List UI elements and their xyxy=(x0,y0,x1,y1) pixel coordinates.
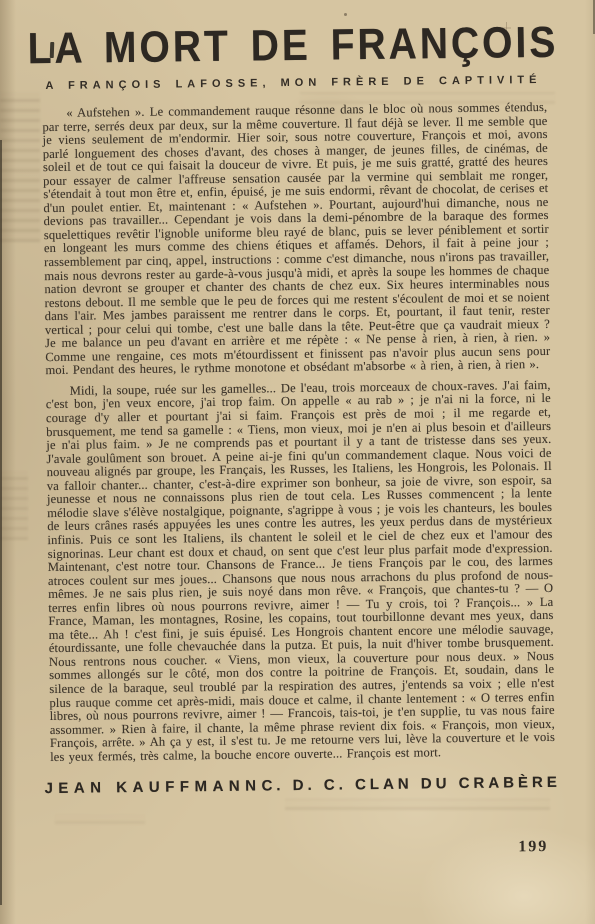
byline: JEAN KAUFFMANN C. D. C. CLAN DU CRABÈRE xyxy=(44,774,559,797)
scanned-magazine-page: LA MORT DE FRANÇOIS A FRANÇOIS LAFOSSE, … xyxy=(0,0,595,924)
paragraph-2: Midi, la soupe, ruée sur les gamelles...… xyxy=(46,379,556,764)
paragraph-1: « Aufstehen ». Le commandement rauque ré… xyxy=(42,101,550,378)
author-name: JEAN KAUFFMANN xyxy=(44,778,261,798)
page-title: LA MORT DE FRANÇOIS xyxy=(1,19,585,73)
article-body: « Aufstehen ». Le commandement rauque ré… xyxy=(42,101,555,764)
page-number: 199 xyxy=(518,838,548,856)
page-content: LA MORT DE FRANÇOIS A FRANÇOIS LAFOSSE, … xyxy=(0,0,595,924)
scout-clan-name: C. D. C. CLAN DU CRABÈRE xyxy=(261,774,561,795)
dedication-line: A FRANÇOIS LAFOSSE, MON FRÈRE DE CAPTIVI… xyxy=(0,73,591,92)
